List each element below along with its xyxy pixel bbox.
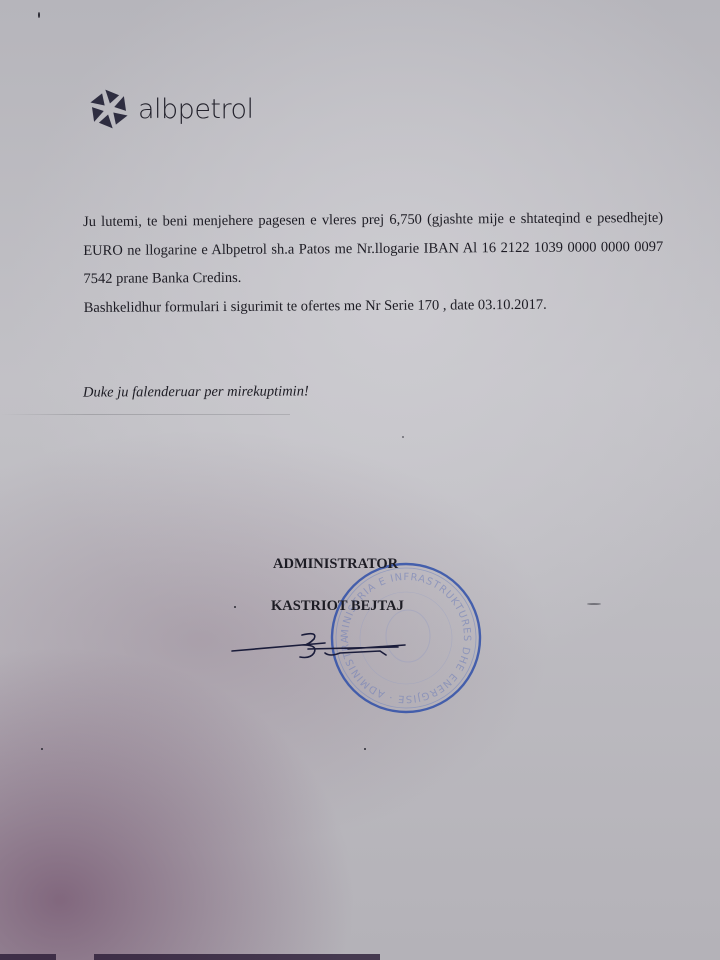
attachment-paragraph: Bashkelidhur formulari i sigurimit te of… xyxy=(84,289,664,322)
paper-fold-line xyxy=(0,414,290,415)
photo-edge xyxy=(0,954,720,960)
payment-request-paragraph: Ju lutemi, te beni menjehere pagesen e v… xyxy=(83,204,664,294)
ink-speck xyxy=(587,603,601,605)
ink-speck xyxy=(402,436,404,438)
company-logo: albpetrol xyxy=(86,86,254,132)
ink-speck xyxy=(234,606,236,608)
closing-thanks: Duke ju falenderuar per mirekuptimin! xyxy=(83,383,309,401)
ink-speck xyxy=(41,748,43,750)
signatory-name: KASTRIOT BEJTAJ xyxy=(271,598,404,615)
ink-speck xyxy=(364,748,366,750)
signatory-title: ADMINISTRATOR xyxy=(273,556,398,573)
ink-speck xyxy=(38,12,40,18)
letter-body: Ju lutemi, te beni menjehere pagesen e v… xyxy=(83,204,664,322)
company-name: albpetrol xyxy=(138,94,254,125)
handwritten-signature xyxy=(230,625,430,665)
aperture-logo-icon xyxy=(86,86,132,132)
